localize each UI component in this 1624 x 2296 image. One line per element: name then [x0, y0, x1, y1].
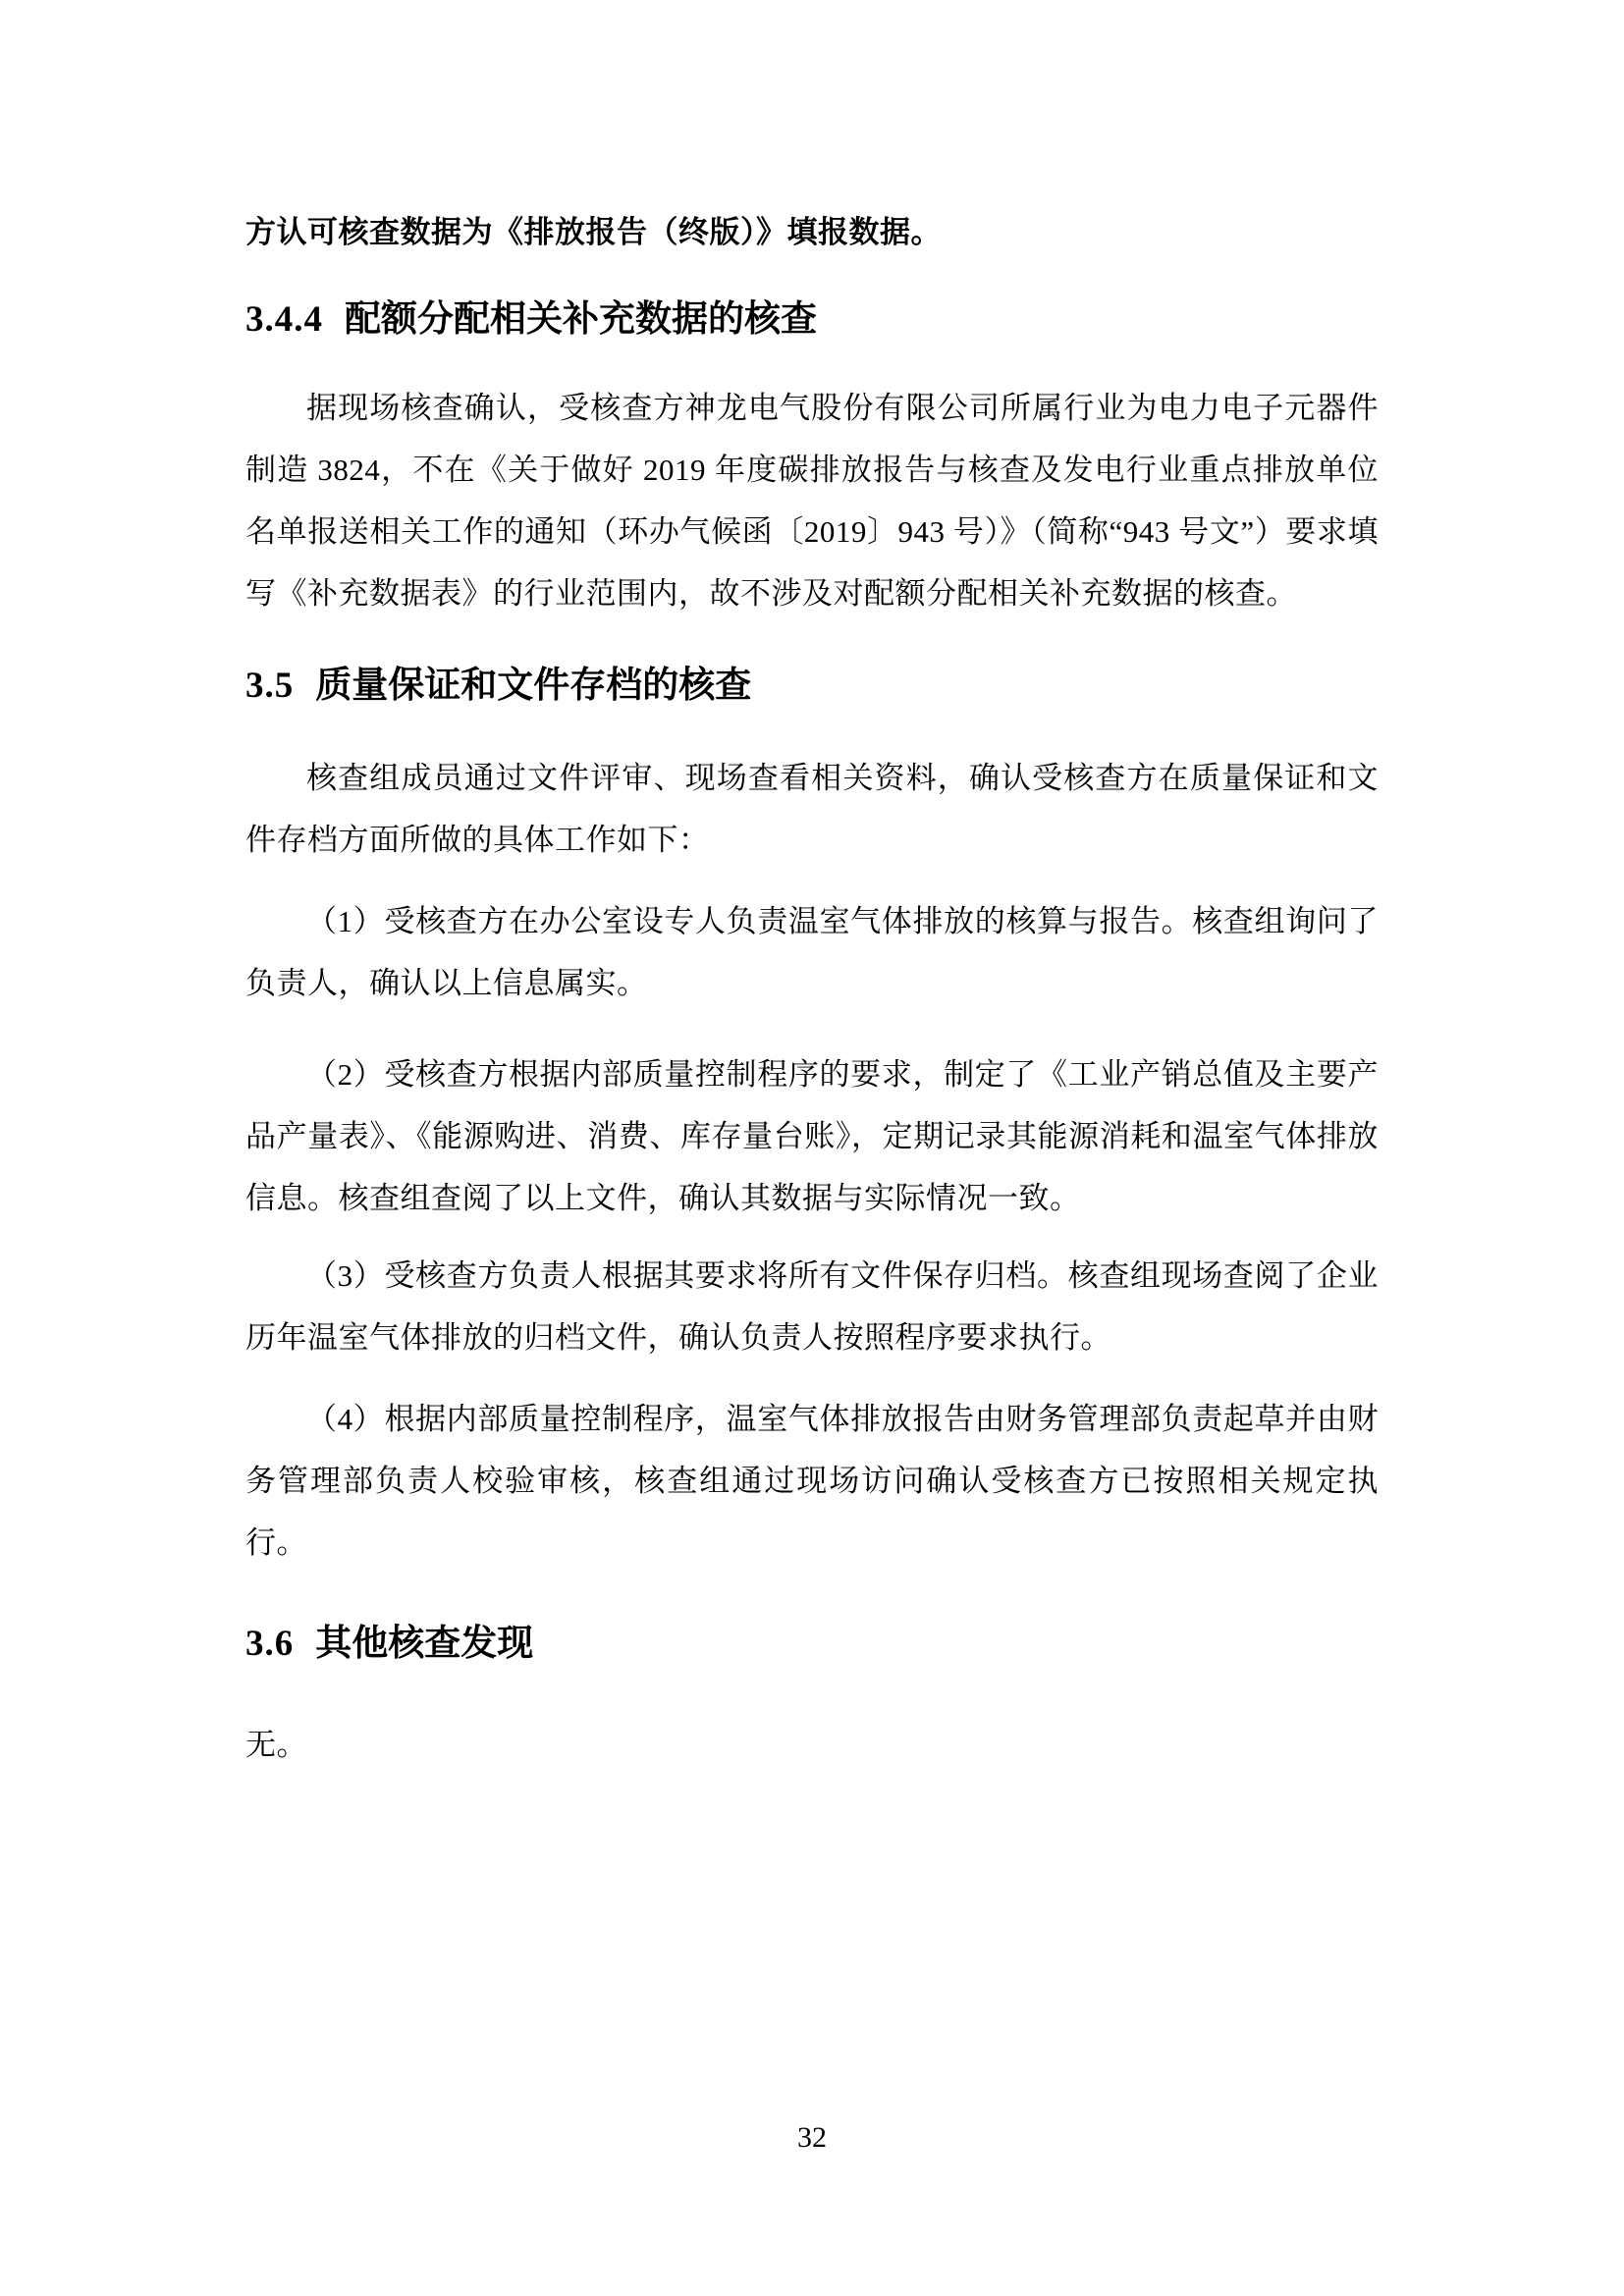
paragraph-quality-item-4: （4）根据内部质量控制程序，温室气体排放报告由财务管理部负责起草并由财务管理部负… [245, 1388, 1379, 1574]
heading-3-6-number: 3.6 [245, 1624, 294, 1664]
heading-3-6: 3.6其他核查发现 [245, 1620, 1379, 1669]
heading-3-5-title: 质量保证和文件存档的核查 [315, 666, 751, 706]
heading-3-4-4-title: 配额分配相关补充数据的核查 [345, 299, 817, 340]
paragraph-other-findings: 无。 [245, 1714, 1379, 1776]
paragraph-quality-item-3: （3）受核查方负责人根据其要求将所有文件保存归档。核查组现场查阅了企业历年温室气… [245, 1245, 1379, 1368]
heading-3-5-number: 3.5 [245, 666, 294, 706]
heading-3-5: 3.5质量保证和文件存档的核查 [245, 662, 1379, 711]
page-content: 方认可核查数据为《排放报告（终版）》填报数据。 3.4.4配额分配相关补充数据的… [0, 0, 1624, 1776]
heading-3-6-title: 其他核查发现 [315, 1624, 533, 1664]
paragraph-quota-supplementary: 据现场核查确认，受核查方神龙电气股份有限公司所属行业为电力电子元器件制造 382… [245, 377, 1379, 624]
continued-paragraph: 方认可核查数据为《排放报告（终版）》填报数据。 [245, 201, 1379, 263]
page-number: 32 [0, 2118, 1624, 2158]
paragraph-quality-item-2: （2）受核查方根据内部质量控制程序的要求，制定了《工业产销总值及主要产品产量表》… [245, 1043, 1379, 1229]
document-page: 方认可核查数据为《排放报告（终版）》填报数据。 3.4.4配额分配相关补充数据的… [0, 0, 1624, 2296]
heading-3-4-4: 3.4.4配额分配相关补充数据的核查 [245, 295, 1379, 345]
paragraph-quality-intro: 核查组成员通过文件评审、现场查看相关资料，确认受核查方在质量保证和文件存档方面所… [245, 747, 1379, 871]
heading-3-4-4-number: 3.4.4 [245, 299, 323, 340]
paragraph-quality-item-1: （1）受核查方在办公室设专人负责温室气体排放的核算与报告。核查组询问了负责人，确… [245, 890, 1379, 1014]
